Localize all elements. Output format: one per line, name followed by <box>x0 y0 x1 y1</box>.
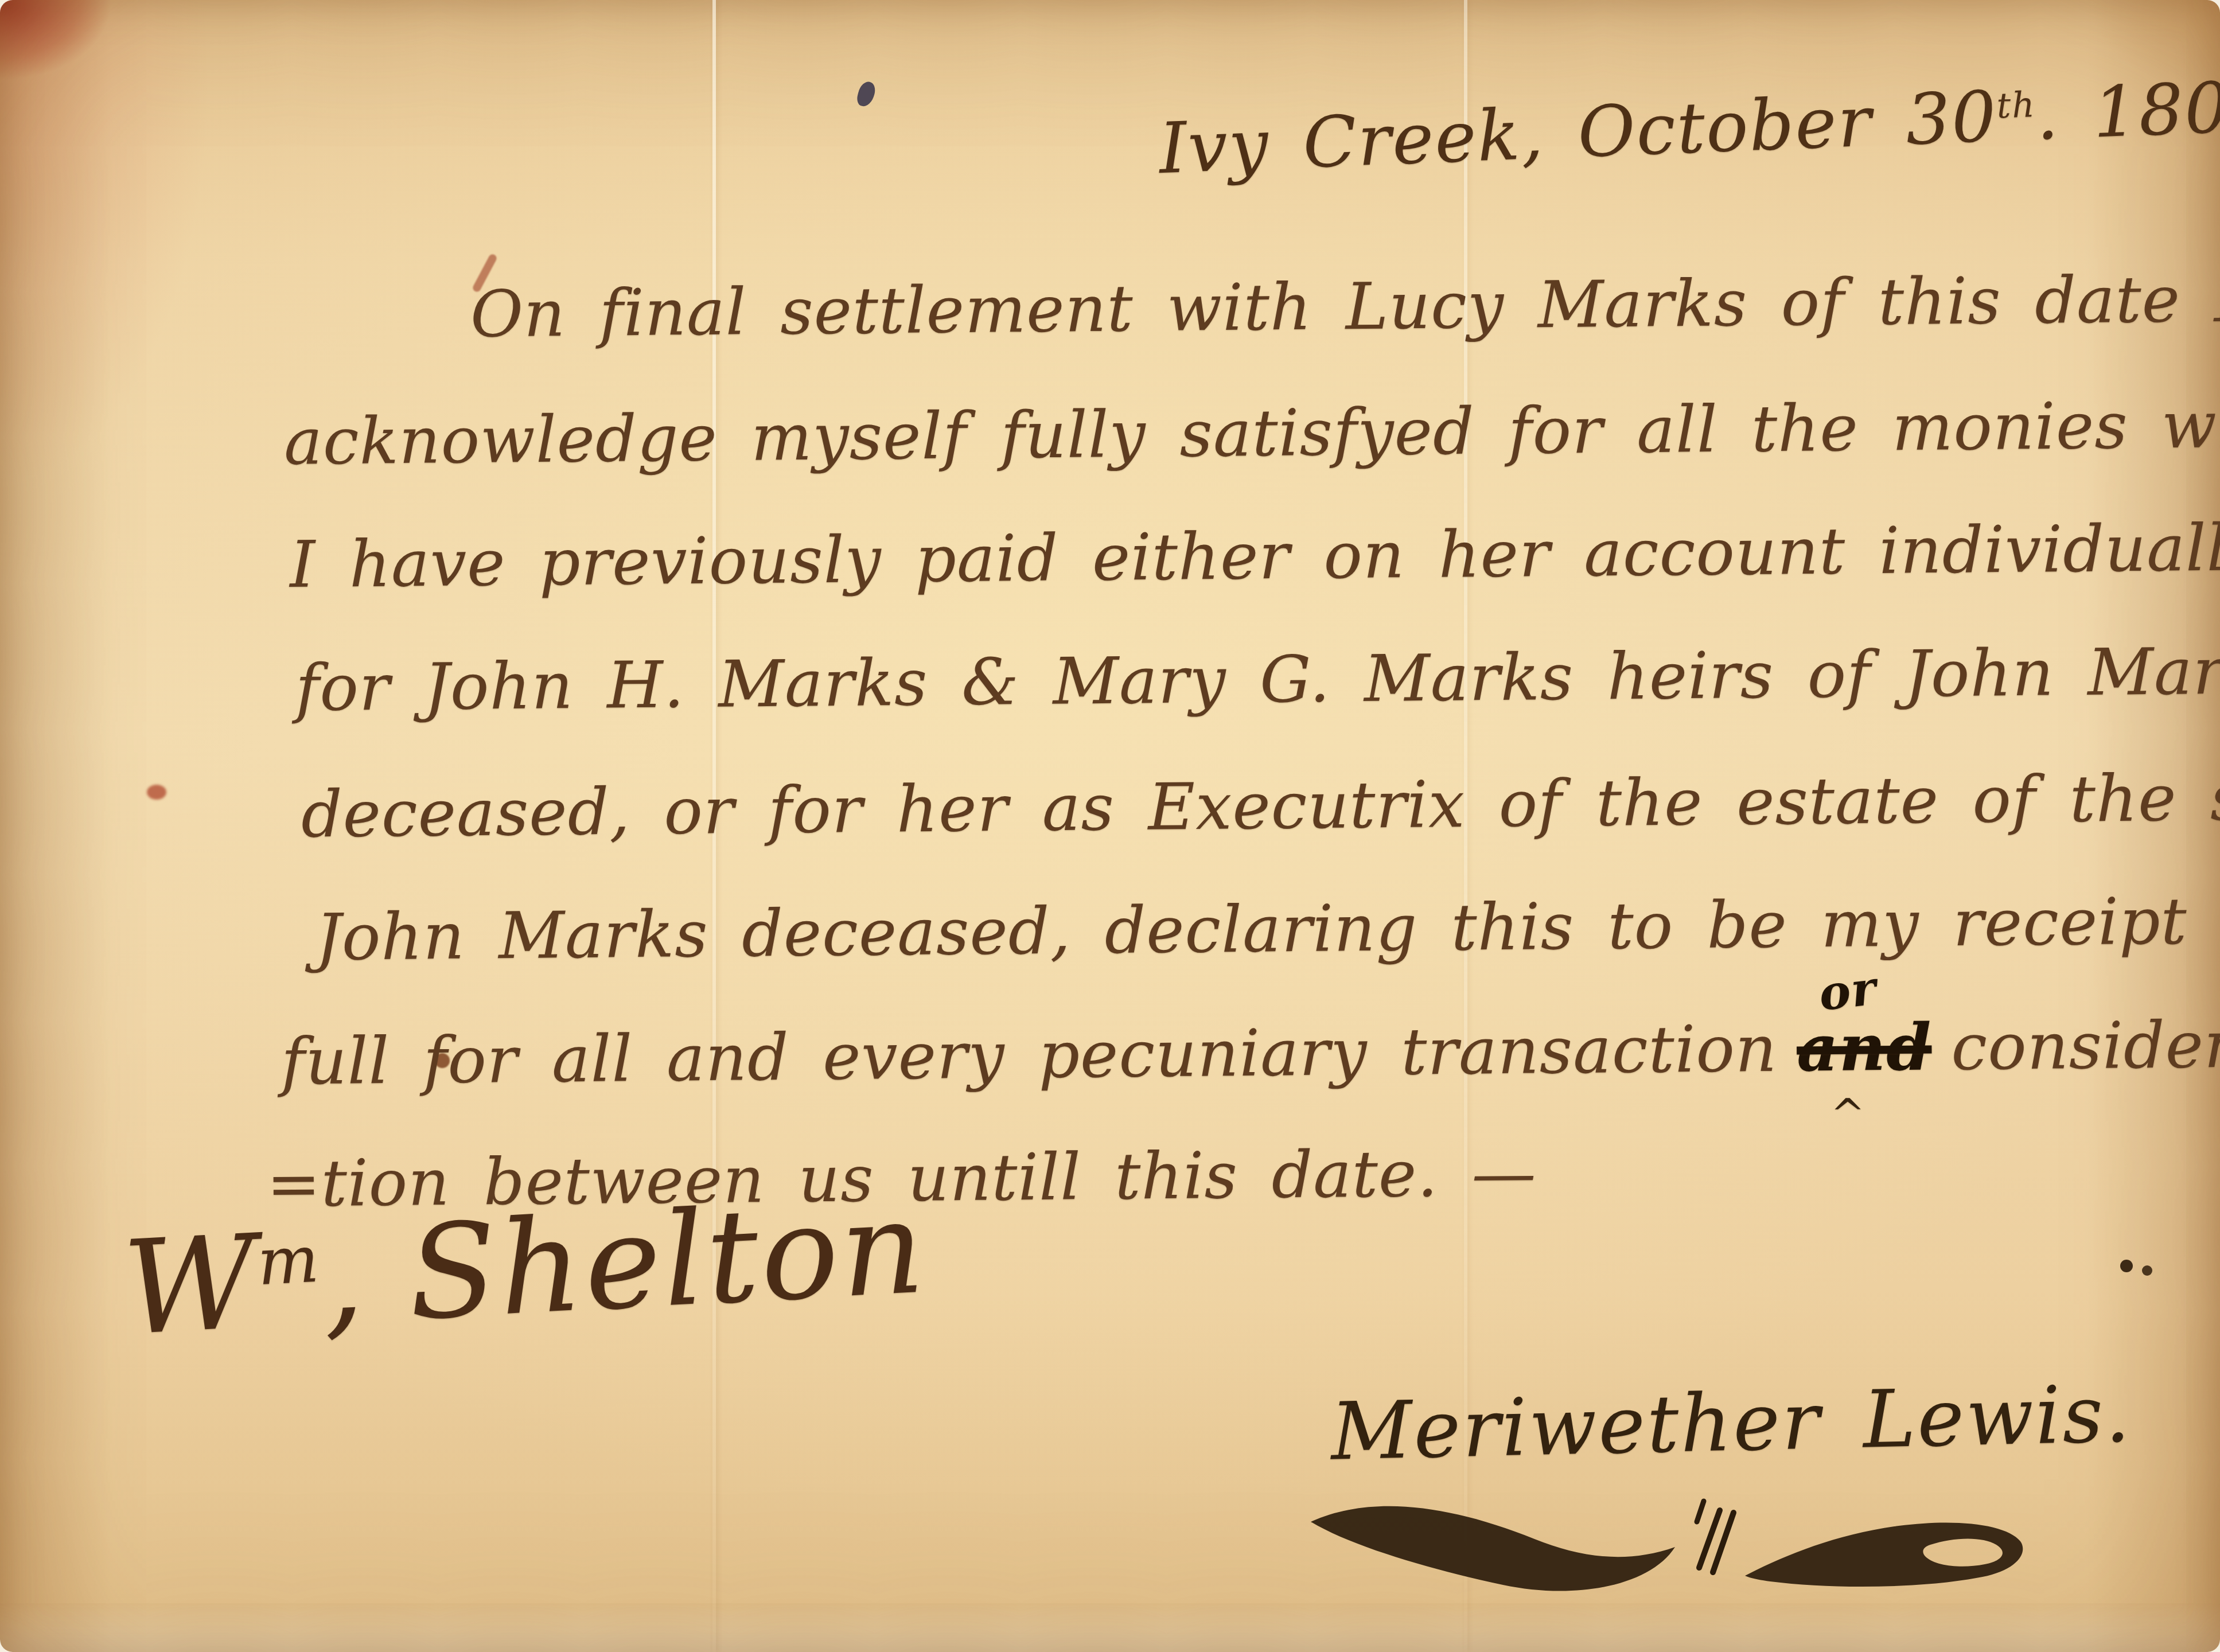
correction-group: andor^ <box>1797 1010 1932 1086</box>
dateline-ordinal: th <box>1996 84 2036 127</box>
dateline-place-month: Ivy Creek, October <box>1158 79 1907 189</box>
line7-text-before: full for all and every pecuniary transac… <box>281 1012 1778 1100</box>
ink-speck <box>2120 1260 2133 1272</box>
red-stain-dot <box>147 785 166 800</box>
dateline-year: . 1807. <box>2035 64 2220 156</box>
dateline-day: 30 <box>1904 76 1999 161</box>
dateline: Ivy Creek, October 30th. 1807. <box>1158 64 2220 189</box>
line7-text-after: considera= <box>1951 1007 2220 1085</box>
witness-surname: , Shelton <box>318 1172 930 1354</box>
body-line-6: John Marks deceased, declaring this to b… <box>315 883 2220 975</box>
inserted-word: or <box>1816 960 1879 1022</box>
principal-signature: Meriwether Lewis. <box>1330 1367 2132 1478</box>
witness-superscript: m <box>256 1222 323 1300</box>
body-line-1: On final settlement with Lucy Marks of t… <box>470 262 2220 352</box>
body-line-2: acknowledge myself fully satisfyed for a… <box>284 387 2220 480</box>
ink-speck <box>855 80 877 108</box>
insertion-caret: ^ <box>1830 1089 1866 1138</box>
witness-signature: Wm, Shelton <box>120 1172 930 1365</box>
signature-flourish <box>1302 1477 2036 1620</box>
body-line-5: deceased, or for her as Executrix of the… <box>301 759 2220 852</box>
body-line-7: full for all and every pecuniary transac… <box>281 1006 2220 1099</box>
body-line-4: for John H. Marks & Mary G. Marks heirs … <box>295 634 2220 726</box>
witness-initial: W <box>120 1207 263 1365</box>
body-line-3: I have previously paid either on her acc… <box>289 511 2220 602</box>
manuscript-page: Ivy Creek, October 30th. 1807. On final … <box>0 0 2220 1652</box>
struck-word: and <box>1797 1010 1932 1086</box>
